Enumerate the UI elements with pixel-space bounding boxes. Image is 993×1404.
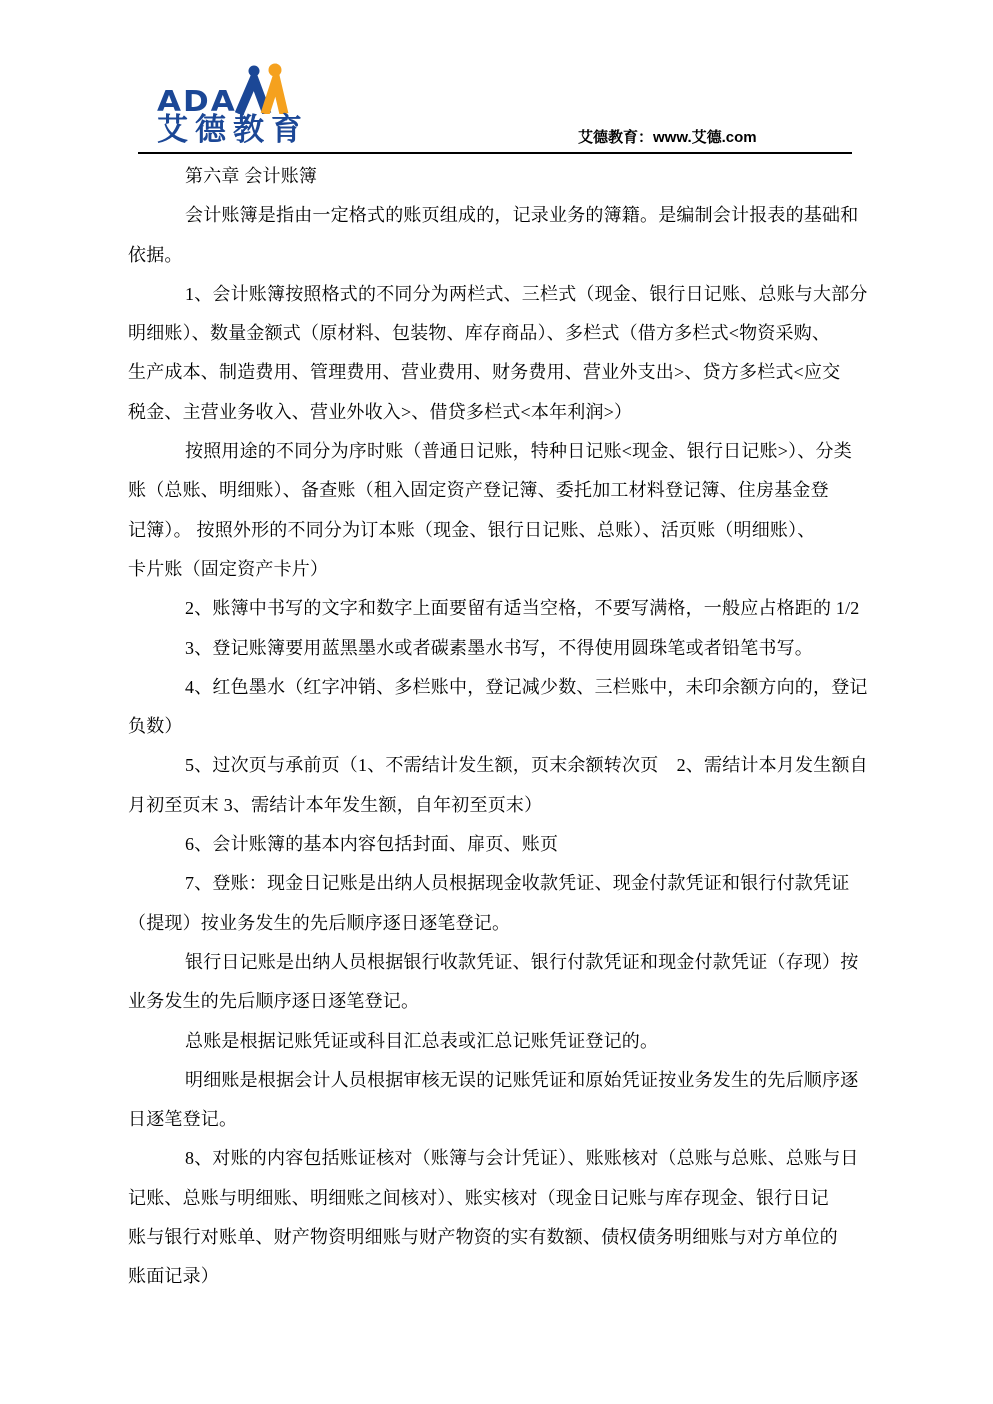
text-line: 7、登账：现金日记账是出纳人员根据现金收款凭证、现金付款凭证和银行付款凭证 — [128, 864, 878, 903]
text-line: 第六章 会计账簿 — [128, 157, 878, 196]
text-line: 日逐笔登记。 — [128, 1100, 878, 1139]
text-line: 5、过次页与承前页（1、不需结计发生额，页末余额转次页 2、需结计本月发生额自 — [128, 746, 878, 785]
text-line: 8、对账的内容包括账证核对（账簿与会计凭证）、账账核对（总账与总账、总账与日 — [128, 1139, 878, 1178]
text-line: 3、登记账簿要用蓝黑墨水或者碳素墨水书写，不得使用圆珠笔或者铅笔书写。 — [128, 629, 878, 668]
text-line: 负数） — [128, 707, 878, 746]
text-line: 4、红色墨水（红字冲销、多栏账中，登记减少数、三栏账中，未印余额方向的，登记 — [128, 668, 878, 707]
text-line: 6、会计账簿的基本内容包括封面、扉页、账页 — [128, 825, 878, 864]
text-line: 1、会计账簿按照格式的不同分为两栏式、三栏式（现金、银行日记账、总账与大部分 — [128, 275, 878, 314]
document-content: 第六章 会计账簿会计账簿是指由一定格式的账页组成的，记录业务的簿籍。是编制会计报… — [128, 157, 878, 1297]
header-divider — [138, 152, 852, 154]
text-line: 月初至页末 3、需结计本年发生额，自年初至页末） — [128, 786, 878, 825]
text-line: 银行日记账是出纳人员根据银行收款凭证、银行付款凭证和现金付款凭证（存现）按 — [128, 943, 878, 982]
text-line: 记账、总账与明细账、明细账之间核对）、账实核对（现金日记账与库存现金、银行日记 — [128, 1179, 878, 1218]
header-site-label: 艾德教育：www.艾德.com — [578, 126, 838, 147]
logo-latin-text: ADA — [157, 90, 237, 114]
text-line: 账与银行对账单、财产物资明细账与财产物资的实有数额、债权债务明细账与对方单位的 — [128, 1218, 878, 1257]
people-m-icon — [235, 62, 289, 114]
text-line: （提现）按业务发生的先后顺序逐日逐笔登记。 — [128, 904, 878, 943]
text-line: 生产成本、制造费用、管理费用、营业费用、财务费用、营业外支出>、贷方多栏式<应交 — [128, 353, 878, 392]
brand-logo: ADA 艾德教育 — [157, 60, 309, 146]
text-line: 账面记录） — [128, 1257, 878, 1296]
text-line: 依据。 — [128, 236, 878, 275]
logo-chinese-text: 艾德教育 — [157, 115, 309, 146]
text-line: 明细账）、数量金额式（原材料、包装物、库存商品）、多栏式（借方多栏式<物资采购、 — [128, 314, 878, 353]
document-page: ADA 艾德教育 艾德教育：www.艾德.com 第六章 会计账簿会计账簿是指由… — [0, 0, 993, 1404]
text-line: 总账是根据记账凭证或科目汇总表或汇总记账凭证登记的。 — [128, 1022, 878, 1061]
text-line: 税金、主营业务收入、营业外收入>、借贷多栏式<本年利润>） — [128, 393, 878, 432]
text-line: 明细账是根据会计人员根据审核无误的记账凭证和原始凭证按业务发生的先后顺序逐 — [128, 1061, 878, 1100]
text-line: 业务发生的先后顺序逐日逐笔登记。 — [128, 982, 878, 1021]
logo-wordmark: ADA — [157, 60, 309, 114]
text-line: 2、账簿中书写的文字和数字上面要留有适当空格，不要写满格，一般应占格距的 1/2 — [128, 589, 878, 628]
text-line: 会计账簿是指由一定格式的账页组成的，记录业务的簿籍。是编制会计报表的基础和 — [128, 196, 878, 235]
text-line: 卡片账（固定资产卡片） — [128, 550, 878, 589]
text-line: 记簿）。 按照外形的不同分为订本账（现金、银行日记账、总账）、活页账（明细账）、 — [128, 511, 878, 550]
text-line: 账（总账、明细账）、备查账（租入固定资产登记簿、委托加工材料登记簿、住房基金登 — [128, 471, 878, 510]
text-line: 按照用途的不同分为序时账（普通日记账，特种日记账<现金、银行日记账>）、分类 — [128, 432, 878, 471]
